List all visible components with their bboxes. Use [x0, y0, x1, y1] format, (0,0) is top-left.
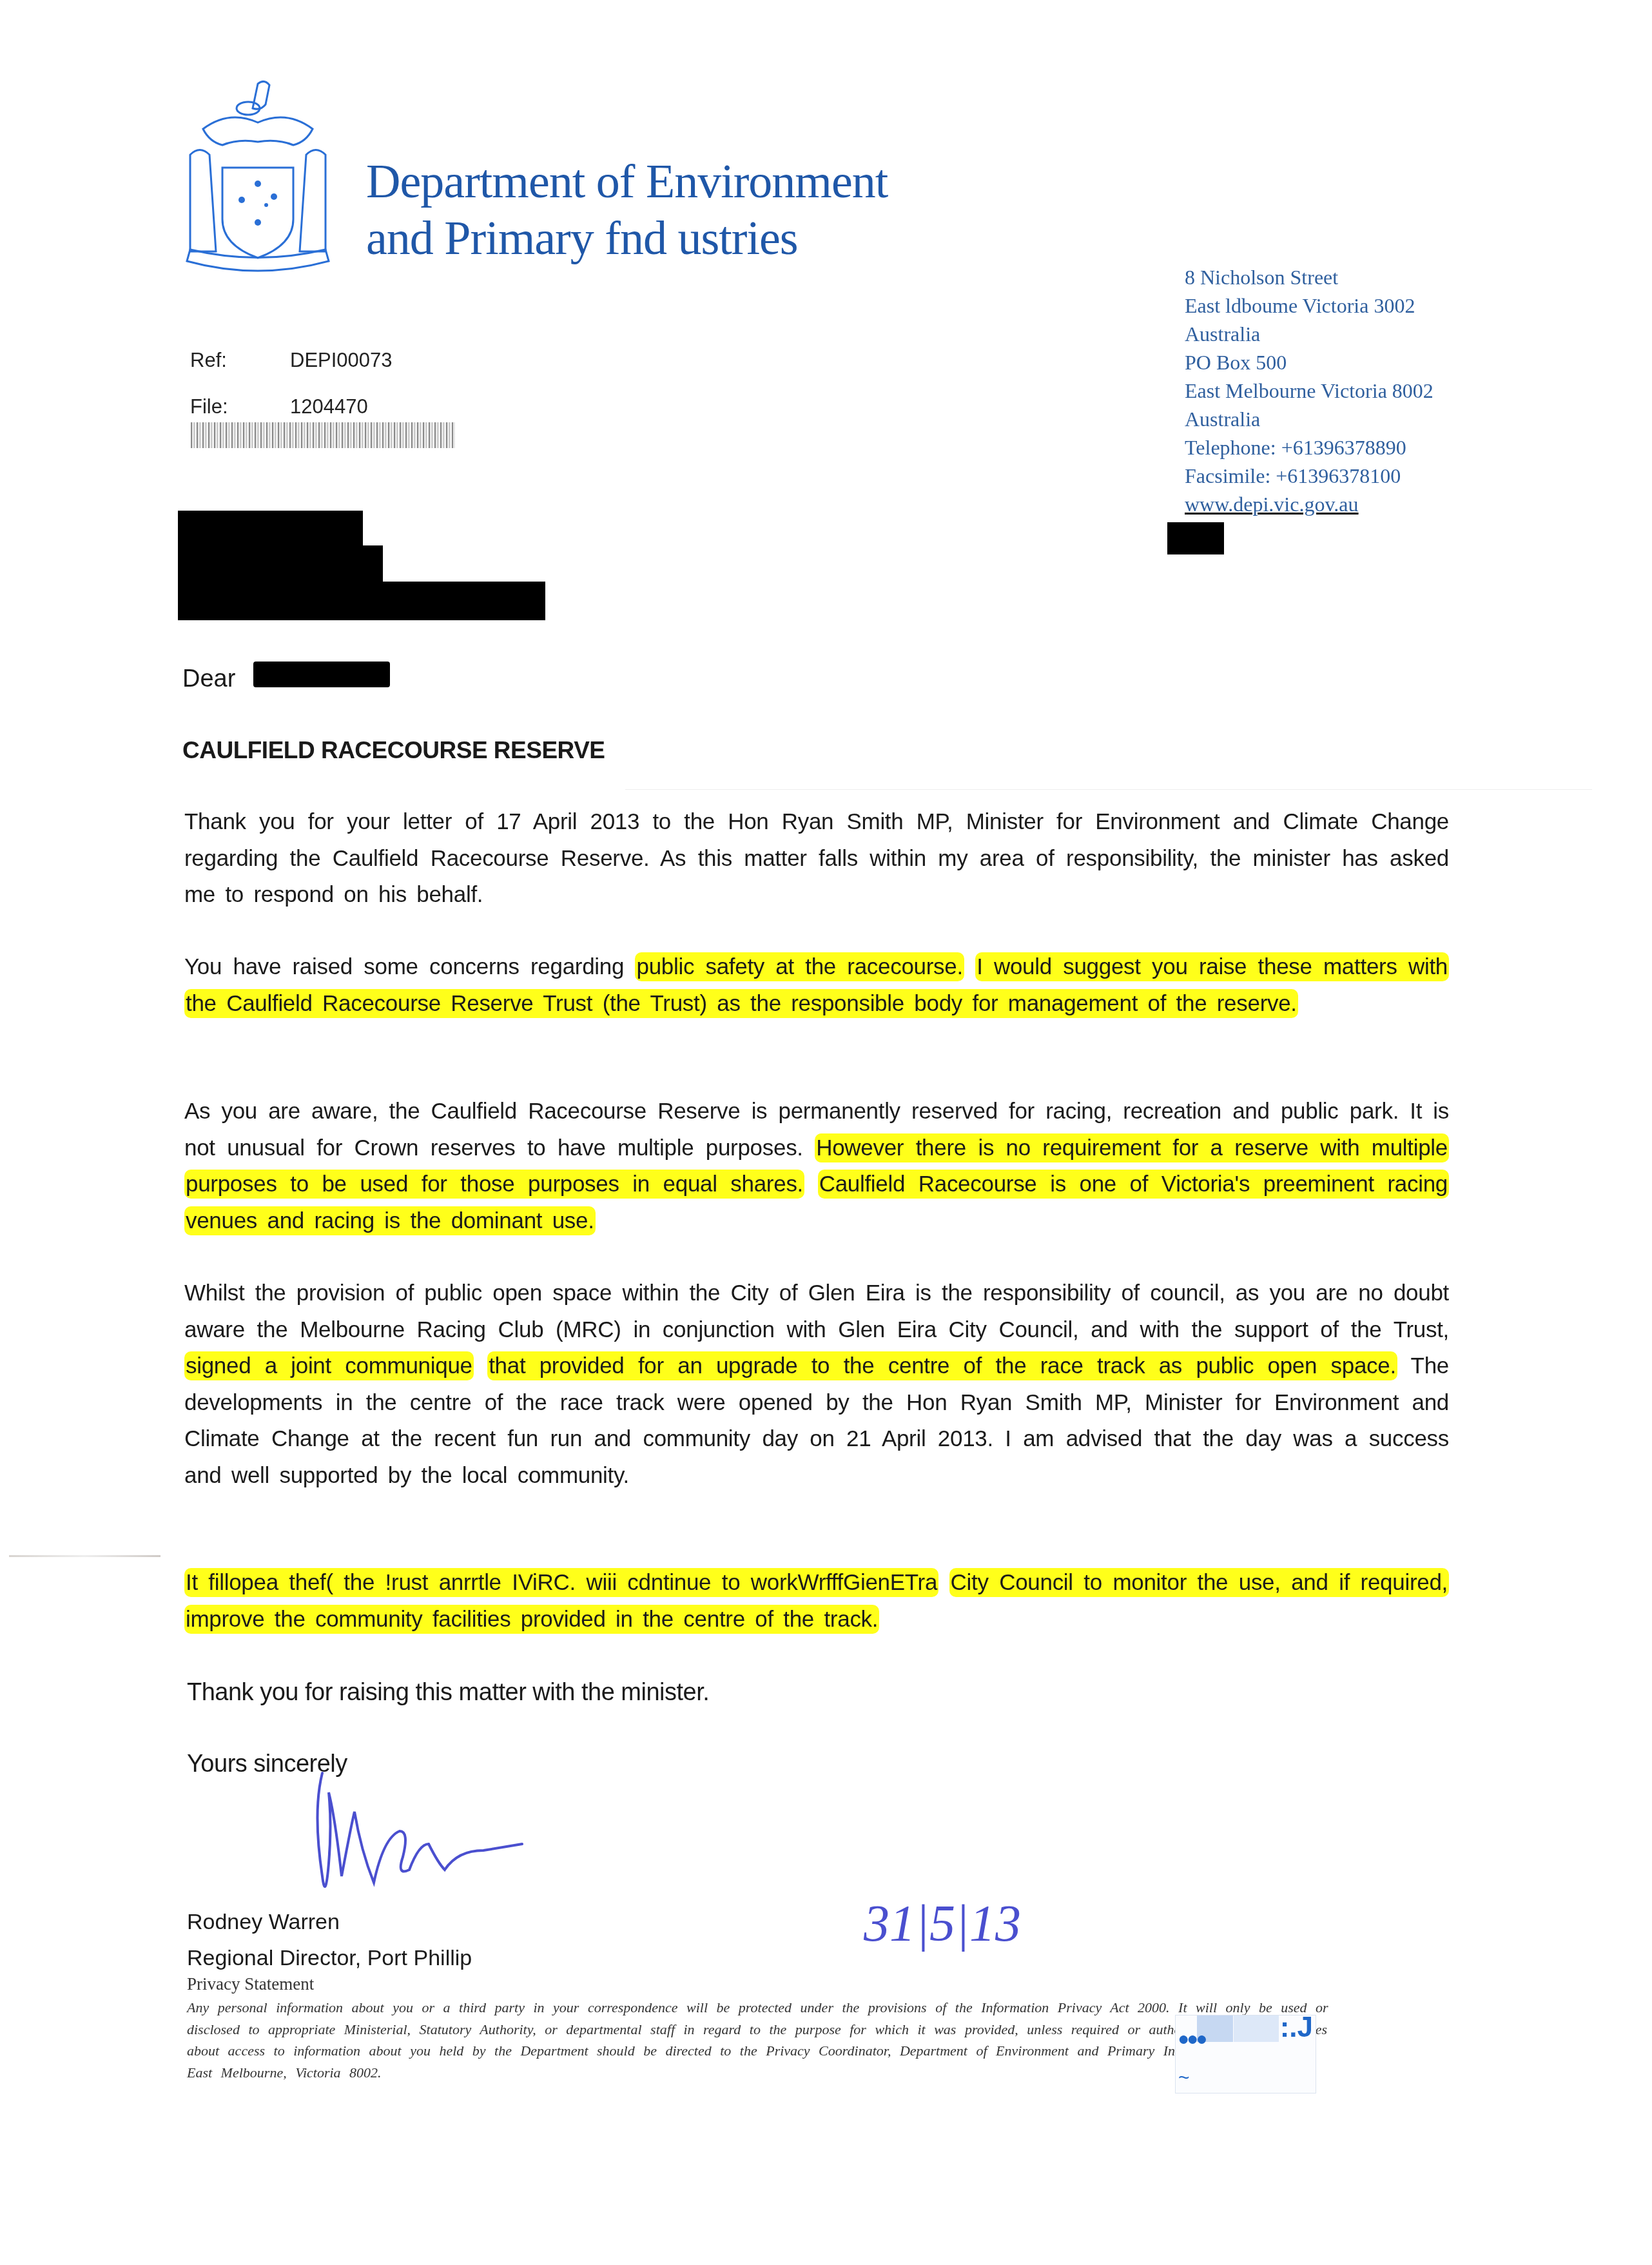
signature-icon	[303, 1760, 612, 1902]
file-label: File:	[190, 395, 290, 418]
divider	[625, 789, 1592, 790]
paragraph-2: You have raised some concerns regarding …	[184, 949, 1449, 1022]
facsimile: Facsimile: +61396378100	[1185, 462, 1433, 490]
address-line: Australia	[1185, 320, 1433, 348]
highlighted-text: It fillopea thef( the !rust anrrtle IViR…	[184, 1568, 938, 1597]
address-line: Australia	[1185, 405, 1433, 433]
paragraph-1: Thank you for your letter of 17 April 20…	[184, 804, 1449, 914]
department-line-2: and Primary fnd ustries	[366, 210, 888, 267]
address-line: 8 Nicholson Street	[1185, 263, 1433, 291]
redaction-block	[178, 545, 383, 582]
text: Whilst the provision of public open spac…	[184, 1280, 1449, 1342]
file-value: 1204470	[290, 395, 368, 418]
address-line: East Melbourne Victoria 8002	[1185, 377, 1433, 405]
highlighted-text: public safety at the racecourse.	[635, 952, 964, 981]
privacy-statement: Privacy Statement Any personal informati…	[187, 1974, 1347, 2083]
closing-line: Thank you for raising this matter with t…	[187, 1679, 709, 1707]
paragraph-5: It fillopea thef( the !rust anrrtle IViR…	[184, 1565, 1449, 1638]
scan-artifact-line	[9, 1555, 160, 1557]
department-address: 8 Nicholson Street East ldboume Victoria…	[1185, 263, 1433, 518]
ref-label: Ref:	[190, 349, 290, 372]
stamp-dots-icon: ●●●	[1178, 2028, 1205, 2050]
signatory-block: Rodney Warren Regional Director, Port Ph…	[187, 1904, 472, 1976]
office-stamp: ●●● :.J ~	[1175, 2015, 1316, 2093]
department-name: Department of Environment and Primary fn…	[366, 153, 888, 267]
reference-block: Ref: DEPI00073 File: 1204470	[190, 337, 393, 430]
signatory-name: Rodney Warren	[187, 1904, 472, 1940]
redaction-block	[178, 511, 363, 547]
salutation-text: Dear	[182, 665, 235, 692]
stamp-shade	[1234, 2015, 1279, 2042]
salutation: Dear	[182, 665, 235, 693]
paragraph-3: As you are aware, the Caulfield Racecour…	[184, 1093, 1449, 1239]
ref-value: DEPI00073	[290, 349, 393, 372]
privacy-title: Privacy Statement	[187, 1974, 1347, 1994]
signatory-title: Regional Director, Port Phillip	[187, 1940, 472, 1976]
telephone: Telephone: +61396378890	[1185, 433, 1433, 462]
paragraph-4: Whilst the provision of public open spac…	[184, 1275, 1449, 1494]
redaction-block	[1167, 522, 1224, 554]
website-link[interactable]: www.depi.vic.gov.au	[1185, 490, 1433, 518]
address-line: PO Box 500	[1185, 348, 1433, 377]
stamp-tilde: ~	[1178, 2067, 1190, 2089]
barcode	[191, 422, 455, 448]
highlighted-text: that provided for an upgrade to the cent…	[487, 1351, 1397, 1380]
handwritten-date: 31|5|13	[857, 1870, 1025, 1966]
stamp-mark: :.J	[1280, 2012, 1313, 2044]
department-line-1: Department of Environment	[366, 153, 888, 210]
redaction-block	[253, 662, 390, 687]
privacy-body: Any personal information about you or a …	[187, 1997, 1334, 2083]
redaction-block	[178, 582, 545, 620]
address-line: East ldboume Victoria 3002	[1185, 291, 1433, 320]
coat-of-arms-icon	[177, 77, 338, 277]
subject-heading: CAULFIELD RACECOURSE RESERVE	[182, 737, 605, 764]
text: You have raised some concerns regarding	[184, 954, 635, 979]
svg-text:31|5|13: 31|5|13	[863, 1896, 1021, 1952]
highlighted-text: signed a joint communique	[184, 1351, 474, 1380]
